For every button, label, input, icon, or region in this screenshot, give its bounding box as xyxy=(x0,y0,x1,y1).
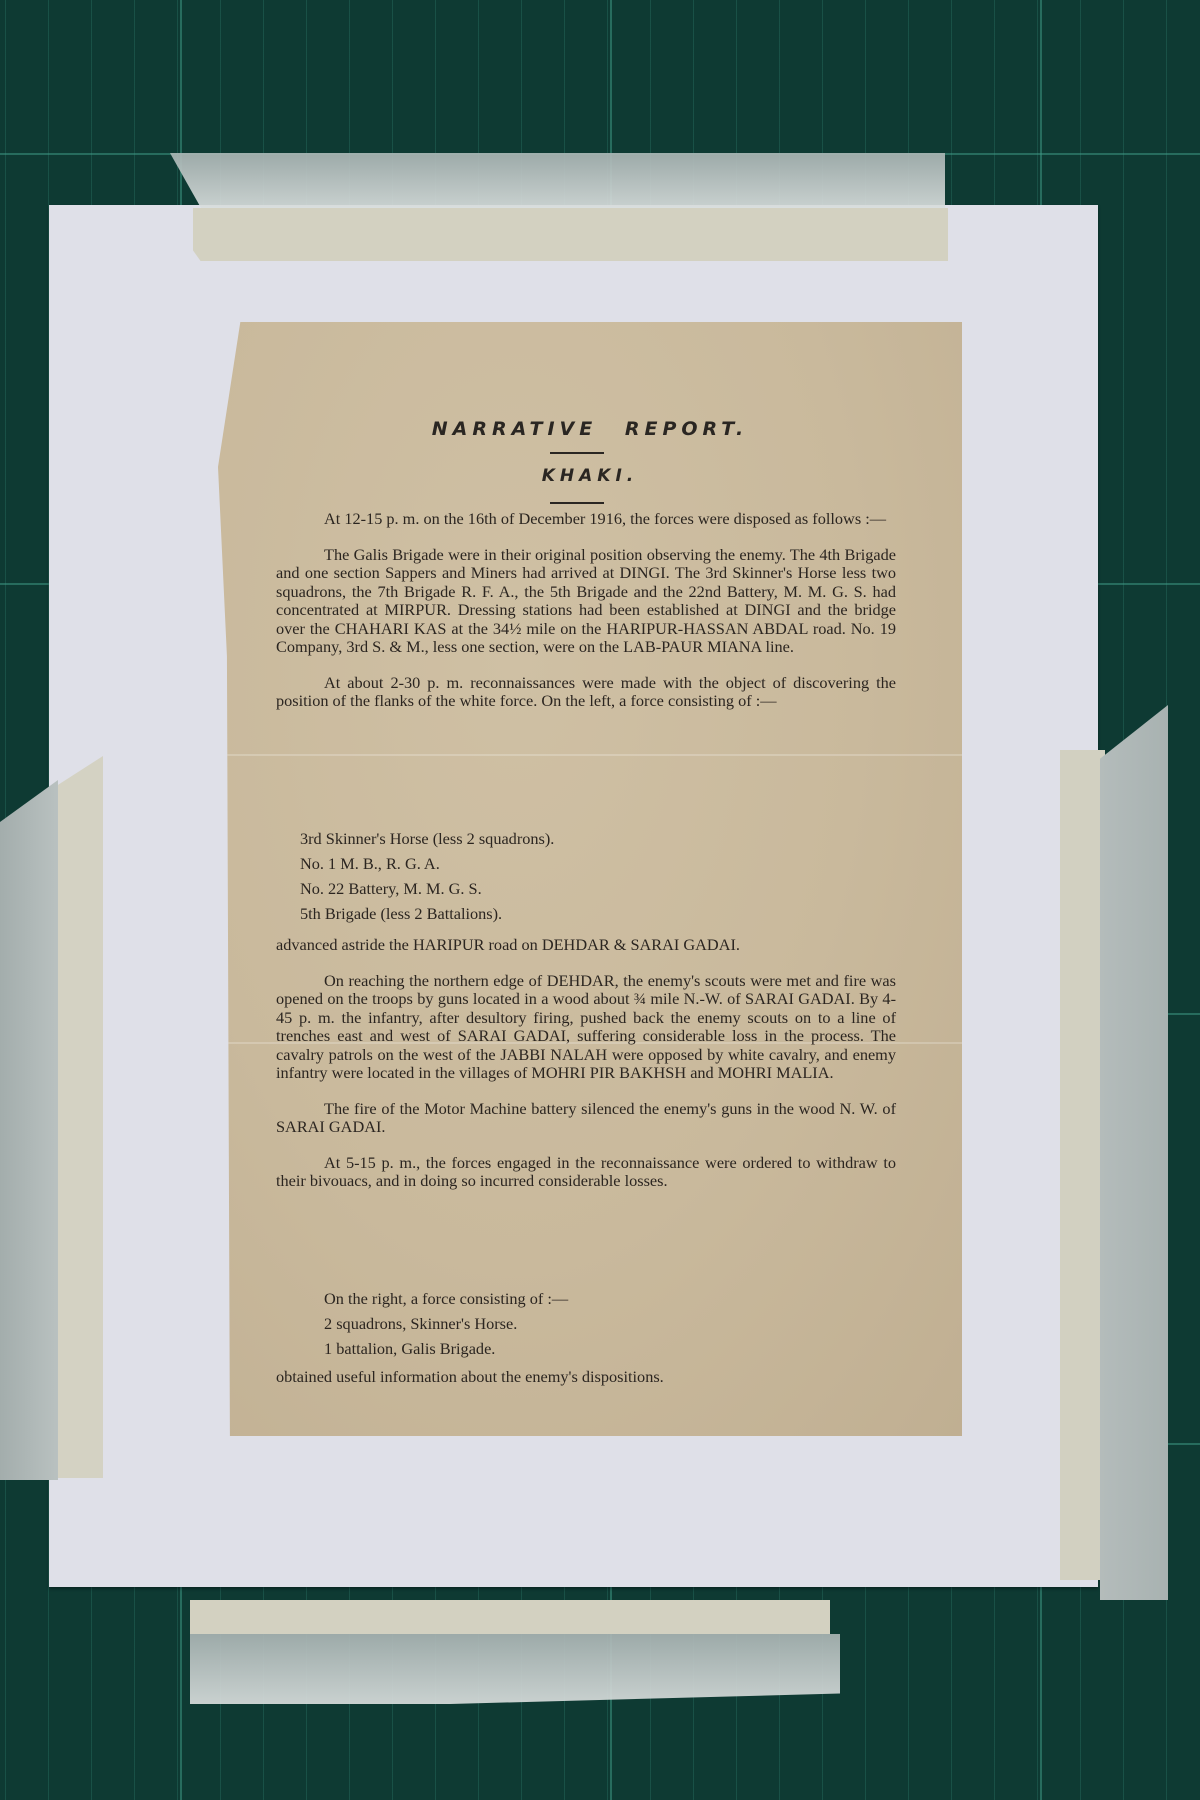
body-section-1: At 12-15 p. m. on the 16th of December 1… xyxy=(276,510,896,728)
list-item: No. 22 Battery, M. M. G. S. xyxy=(300,876,554,901)
paragraph-reconnaissance: At about 2-30 p. m. reconnaissances were… xyxy=(276,674,896,711)
title-rule xyxy=(550,452,604,454)
fold-crease xyxy=(218,754,962,756)
paragraph-battery: The fire of the Motor Machine battery si… xyxy=(276,1100,896,1137)
paragraph-advance: advanced astride the HARIPUR road on DEH… xyxy=(276,936,896,955)
narrative-report-document: NARRATIVE REPORT. KHAKI. At 12-15 p. m. … xyxy=(218,322,962,1436)
masking-tape-top xyxy=(193,208,948,261)
clear-tape-right xyxy=(1100,705,1168,1600)
body-section-3: obtained useful information about the en… xyxy=(276,1368,896,1387)
document-subtitle: KHAKI. xyxy=(218,466,962,486)
masking-tape-bottom xyxy=(190,1600,830,1634)
body-section-2: advanced astride the HARIPUR road on DEH… xyxy=(276,936,896,1208)
paragraph-outcome: obtained useful information about the en… xyxy=(276,1368,896,1387)
clear-tape-bottom xyxy=(190,1634,840,1704)
paragraph-withdrawal: At 5-15 p. m., the forces engaged in the… xyxy=(276,1154,896,1191)
left-force-list: 3rd Skinner's Horse (less 2 squadrons). … xyxy=(300,826,554,926)
paragraph-positions: The Galis Brigade were in their original… xyxy=(276,546,896,657)
clear-tape-left xyxy=(0,780,58,1480)
list-item: 1 battalion, Galis Brigade. xyxy=(324,1336,568,1361)
right-force-list: On the right, a force consisting of :— 2… xyxy=(324,1286,568,1361)
list-item: 5th Brigade (less 2 Battalions). xyxy=(300,901,554,926)
right-force-intro: On the right, a force consisting of :— xyxy=(324,1286,568,1311)
document-title: NARRATIVE REPORT. xyxy=(218,418,962,440)
list-item: 3rd Skinner's Horse (less 2 squadrons). xyxy=(300,826,554,851)
clear-tape-top xyxy=(170,153,945,208)
masking-tape-left xyxy=(58,756,103,1478)
paragraph-engagement: On reaching the northern edge of DEHDAR,… xyxy=(276,972,896,1083)
list-item: No. 1 M. B., R. G. A. xyxy=(300,851,554,876)
subtitle-rule xyxy=(550,502,604,504)
list-item: 2 squadrons, Skinner's Horse. xyxy=(324,1311,568,1336)
masking-tape-right xyxy=(1060,750,1105,1580)
paragraph-disposition: At 12-15 p. m. on the 16th of December 1… xyxy=(276,510,896,529)
